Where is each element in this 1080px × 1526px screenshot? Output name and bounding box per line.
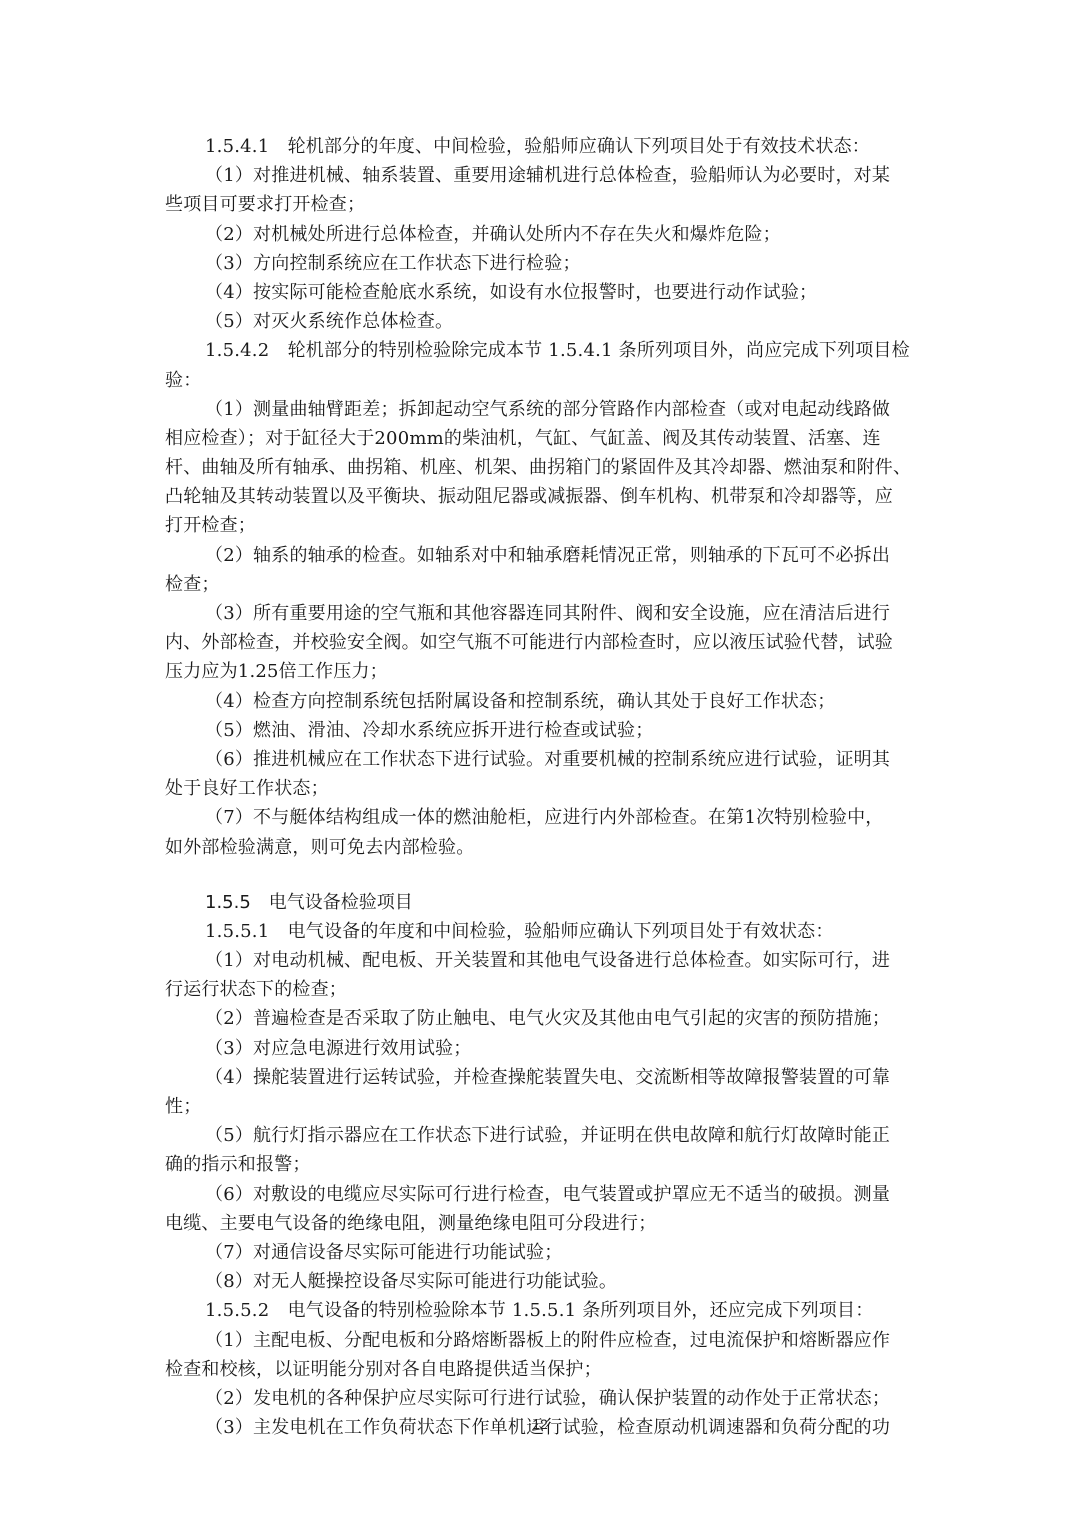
text-line: （6）推进机械应在工作状态下进行试验。对重要机械的控制系统应进行试验，证明其 xyxy=(165,745,919,774)
text-line: （3）对应急电源进行效用试验； xyxy=(165,1034,919,1063)
text-line: 电缆、主要电气设备的绝缘电阻，测量绝缘电阻可分段进行； xyxy=(165,1209,919,1238)
section-1-5-5-body: 1.5.5.1 电气设备的年度和中间检验，验船师应确认下列项目处于有效状态：（1… xyxy=(165,917,919,1442)
document-page: 1.5.4.1 轮机部分的年度、中间检验，验船师应确认下列项目处于有效技术状态：… xyxy=(165,132,919,1442)
section-heading-1-5-5: 1.5.5 电气设备检验项目 xyxy=(165,888,919,917)
text-line: （1）主配电板、分配电板和分路熔断器板上的附件应检查，过电流保护和熔断器应作 xyxy=(165,1326,919,1355)
text-line: （5）燃油、滑油、冷却水系统应拆开进行检查或试验； xyxy=(165,716,919,745)
text-line: 1.5.5.1 电气设备的年度和中间检验，验船师应确认下列项目处于有效状态： xyxy=(165,917,919,946)
text-line: 打开检查； xyxy=(165,511,919,540)
text-line: （2）发电机的各种保护应尽实际可行进行试验，确认保护装置的动作处于正常状态； xyxy=(165,1384,919,1413)
text-line: （4）按实际可能检查舱底水系统，如设有水位报警时，也要进行动作试验； xyxy=(165,278,919,307)
text-line: （1）对电动机械、配电板、开关装置和其他电气设备进行总体检查。如实际可行，进 xyxy=(165,946,919,975)
text-line: 内、外部检查，并校验安全阀。如空气瓶不可能进行内部检查时，应以液压试验代替，试验 xyxy=(165,628,919,657)
section-1-5-4-body: 1.5.4.1 轮机部分的年度、中间检验，验船师应确认下列项目处于有效技术状态：… xyxy=(165,132,919,862)
text-line: （1）对推进机械、轴系装置、重要用途辅机进行总体检查，验船师认为必要时，对某 xyxy=(165,161,919,190)
page-number: 12 xyxy=(0,1416,1080,1432)
text-line: 检查； xyxy=(165,570,919,599)
text-line: （6）对敷设的电缆应尽实际可行进行检查，电气装置或护罩应无不适当的破损。测量 xyxy=(165,1180,919,1209)
text-line: （8）对无人艇操控设备尽实际可能进行功能试验。 xyxy=(165,1267,919,1296)
text-line: 检查和校核，以证明能分别对各自电路提供适当保护； xyxy=(165,1355,919,1384)
text-line: 行运行状态下的检查； xyxy=(165,975,919,1004)
text-line: （4）操舵装置进行运转试验，并检查操舵装置失电、交流断相等故障报警装置的可靠 xyxy=(165,1063,919,1092)
text-line: （2）普遍检查是否采取了防止触电、电气火灾及其他由电气引起的灾害的预防措施； xyxy=(165,1004,919,1033)
text-line: （4）检查方向控制系统包括附属设备和控制系统，确认其处于良好工作状态； xyxy=(165,687,919,716)
section-gap xyxy=(165,862,919,888)
text-line: （5）航行灯指示器应在工作状态下进行试验，并证明在供电故障和航行灯故障时能正 xyxy=(165,1121,919,1150)
text-line: （3）所有重要用途的空气瓶和其他容器连同其附件、阀和安全设施，应在清洁后进行 xyxy=(165,599,919,628)
text-line: 1.5.4.2 轮机部分的特别检验除完成本节 1.5.4.1 条所列项目外，尚应… xyxy=(165,336,919,365)
text-line: 些项目可要求打开检查； xyxy=(165,190,919,219)
text-line: 如外部检验满意，则可免去内部检验。 xyxy=(165,833,919,862)
text-line: 验： xyxy=(165,366,919,395)
text-line: 相应检查）；对于缸径大于200mm的柴油机，气缸、气缸盖、阀及其传动装置、活塞、… xyxy=(165,424,919,453)
text-line: 1.5.4.1 轮机部分的年度、中间检验，验船师应确认下列项目处于有效技术状态： xyxy=(165,132,919,161)
text-line: 压力应为1.25倍工作压力； xyxy=(165,657,919,686)
text-line: （1）测量曲轴臂距差；拆卸起动空气系统的部分管路作内部检查（或对电起动线路做 xyxy=(165,395,919,424)
text-line: （2）轴系的轴承的检查。如轴系对中和轴承磨耗情况正常，则轴承的下瓦可不必拆出 xyxy=(165,541,919,570)
text-line: 凸轮轴及其转动装置以及平衡块、振动阻尼器或减振器、倒车机构、机带泵和冷却器等，应 xyxy=(165,482,919,511)
text-line: （7）不与艇体结构组成一体的燃油舱柜，应进行内外部检查。在第1次特别检验中， xyxy=(165,803,919,832)
text-line: （2）对机械处所进行总体检查，并确认处所内不存在失火和爆炸危险； xyxy=(165,220,919,249)
text-line: 性； xyxy=(165,1092,919,1121)
text-line: （5）对灭火系统作总体检查。 xyxy=(165,307,919,336)
text-line: 处于良好工作状态； xyxy=(165,774,919,803)
text-line: 杆、曲轴及所有轴承、曲拐箱、机座、机架、曲拐箱门的紧固件及其冷却器、燃油泵和附件… xyxy=(165,453,919,482)
text-line: （3）方向控制系统应在工作状态下进行检验； xyxy=(165,249,919,278)
text-line: （7）对通信设备尽实际可能进行功能试验； xyxy=(165,1238,919,1267)
text-line: 确的指示和报警； xyxy=(165,1150,919,1179)
text-line: 1.5.5.2 电气设备的特别检验除本节 1.5.5.1 条所列项目外，还应完成… xyxy=(165,1296,919,1325)
